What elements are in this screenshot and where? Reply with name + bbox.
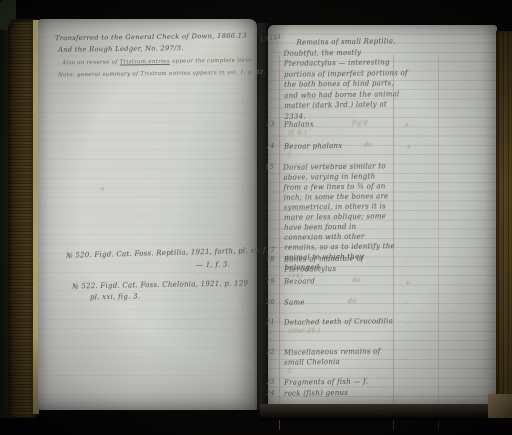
entry-number: 19: [266, 277, 280, 285]
book-cover-bottom: [260, 404, 500, 420]
column-rule-right: [438, 55, 439, 430]
register-entry-13: 13 Phalanx fig'd (f. 6.): [266, 118, 416, 137]
entry-number: 24: [266, 389, 280, 397]
entry-number: 13: [266, 120, 280, 128]
entry-text: Fragments of fish — f.: [284, 376, 396, 388]
entry-number: 21: [266, 318, 280, 326]
check-mark: –: [406, 319, 409, 327]
check-mark: +: [404, 121, 409, 129]
entry-number: 15: [265, 163, 279, 171]
register-entry-23: 23 Fragments of fish — f.: [266, 376, 416, 388]
page-edges-right: [496, 31, 512, 414]
transfer-note-line2: And the Rough Ledger, No. 297/3.: [58, 43, 184, 56]
reference-note2-line2: pl. xxi, fig. 3.: [90, 292, 140, 303]
check-mark: +: [406, 143, 411, 151]
note3-pre: Also on reverse of: [62, 60, 120, 67]
intro-paragraph: Remains of small Reptilia, Doubtful, the…: [283, 36, 408, 122]
entry-text: rock (fish) genus: [284, 387, 396, 399]
page-edges-bottom-right: [488, 394, 512, 418]
entry-number: 23: [266, 378, 280, 386]
entry-text: Same: [284, 296, 396, 308]
check-mark: +: [405, 279, 410, 287]
register-entry-20: 20 Same do: [266, 296, 416, 308]
check-mark: –: [404, 299, 407, 307]
note3-underlined: Tristram entries: [120, 59, 170, 66]
page-edge-crack: [32, 196, 33, 242]
entry-number: 18: [266, 255, 280, 263]
entry-text: Bezoard: [284, 275, 396, 287]
note3-post: appear the complete items: [170, 58, 254, 65]
register-entry-24: 24 rock (fish) genus: [266, 387, 416, 399]
reference-note1-line2: — 1, f. 3.: [196, 260, 230, 271]
check-mark: –: [404, 257, 407, 265]
register-entry-18: 18 Bones of mandible of Pterodactylus: [266, 253, 416, 275]
entry-text: Miscellaneous remains of small Chelonia: [284, 346, 388, 367]
register-entry-14: 14 Bezoar phalanx do f.: [266, 140, 416, 159]
entry-side-note: do: [352, 276, 361, 284]
ledger-photograph: Transferred to the General Check of Down…: [0, 0, 512, 435]
entry-number: 14: [266, 142, 280, 150]
stray-pencil-mark: +: [100, 186, 105, 193]
entry-text: Bones of mandible of Pterodactylus: [284, 253, 396, 275]
register-entry-22: 22 Miscellaneous remains of small Chelon…: [266, 346, 416, 375]
entry-side-note: do: [348, 297, 357, 305]
entry-number: 20: [266, 298, 280, 306]
entry-side-note: fig'd: [352, 119, 368, 127]
entry-side-note: do: [364, 141, 373, 149]
register-entry-21: 21 Detached teeth of Crocodilia (also 24…: [266, 316, 416, 335]
register-entry-19: 19 Bezoard do: [266, 275, 416, 287]
entry-number: 22: [266, 348, 280, 356]
